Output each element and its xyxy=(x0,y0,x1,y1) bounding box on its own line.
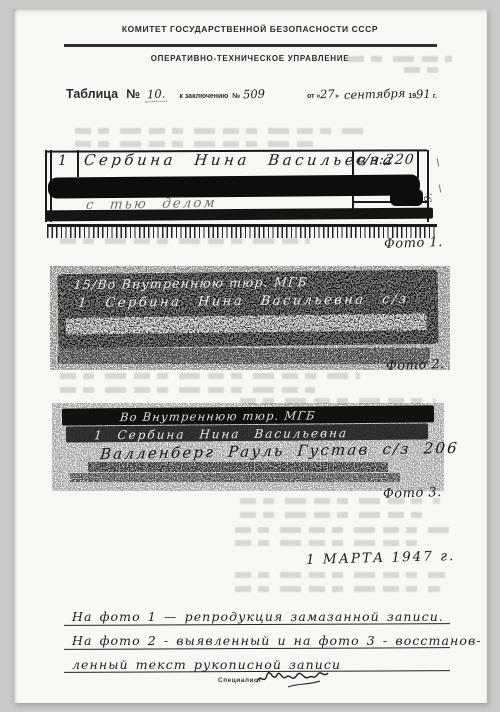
org-name-line: КОМИТЕТ ГОСУДАРСТВЕННОЙ БЕЗОПАСНОСТИ ССС… xyxy=(90,24,410,34)
bleedthrough-text xyxy=(240,512,425,518)
date-year-suffix: г. xyxy=(433,93,437,100)
table-number-handwritten: 10. xyxy=(145,87,168,103)
bleedthrough-text xyxy=(235,586,440,592)
table-label: Таблица xyxy=(66,87,118,101)
letterhead-divider xyxy=(64,44,437,47)
photo1-redaction-bulge xyxy=(390,189,423,206)
org-subdivision-line: ОПЕРАТИВНО-ТЕХНИЧЕСКОЕ УПРАВЛЕНИЕ xyxy=(90,54,410,63)
photo1-column-divider-3 xyxy=(417,150,419,178)
bleedthrough-text xyxy=(235,572,445,578)
photo2-dark-block: 15/Во Внутреннюю тюр. МГБ 1 Сербина Нина… xyxy=(58,270,439,349)
photo3-line1: Во Внутреннюю тюр. МГБ xyxy=(119,408,316,424)
photo1-ruler xyxy=(47,224,437,238)
bleedthrough-text xyxy=(404,67,444,73)
note-line1: На фото 1 — репродукция замазанной запис… xyxy=(72,609,444,624)
photo1-margin-mark: 9. xyxy=(423,193,434,203)
photo1-row-number: 1 xyxy=(58,153,67,169)
bleedthrough-text xyxy=(235,540,425,546)
bleedthrough-text xyxy=(60,238,310,244)
date-month-handwritten: сентября xyxy=(344,86,406,102)
photo1-redaction-bar xyxy=(48,174,420,198)
attachment-label: к заключению xyxy=(179,93,228,100)
photo1-column-divider-1 xyxy=(77,150,79,177)
bleedthrough-text xyxy=(60,373,360,379)
attachment-number-handwritten: 509 xyxy=(243,87,265,102)
attachment-number-sign: № xyxy=(232,93,240,100)
table-reference-line: Таблица № 10. к заключению № 509 от « 27… xyxy=(66,87,437,102)
bleedthrough-text xyxy=(60,387,315,393)
date-year-handwritten: 91 xyxy=(416,87,431,102)
date-quote-close: » xyxy=(335,93,339,100)
number-sign: № xyxy=(126,87,140,101)
bleedthrough-text xyxy=(75,128,365,134)
photo3-band1: Во Внутреннюю тюр. МГБ xyxy=(62,405,434,425)
photo3-caption: Фото 3. xyxy=(383,485,442,502)
photo3-line2: 1 Сербина Нина Васильевна xyxy=(93,426,348,442)
photo1-prisoner-name: Сербина Нина Васильевна xyxy=(83,151,396,169)
photo1-caption: Фото 1. xyxy=(384,235,443,252)
specialist-signature xyxy=(254,664,332,692)
date-prefix: от « xyxy=(307,93,320,100)
date-year-printed: 19 xyxy=(408,93,416,100)
bleedthrough-text xyxy=(235,527,450,533)
photo2-caption: Фото 2. xyxy=(386,357,445,374)
date-day-handwritten: 27 xyxy=(320,87,335,102)
bleedthrough-text xyxy=(75,141,315,147)
photo2-noise-overlay xyxy=(58,270,439,349)
note-line2: На фото 2 - выявленный и на фото 3 - вос… xyxy=(72,633,482,648)
photo1-case-number: с/з:220 xyxy=(355,152,415,168)
